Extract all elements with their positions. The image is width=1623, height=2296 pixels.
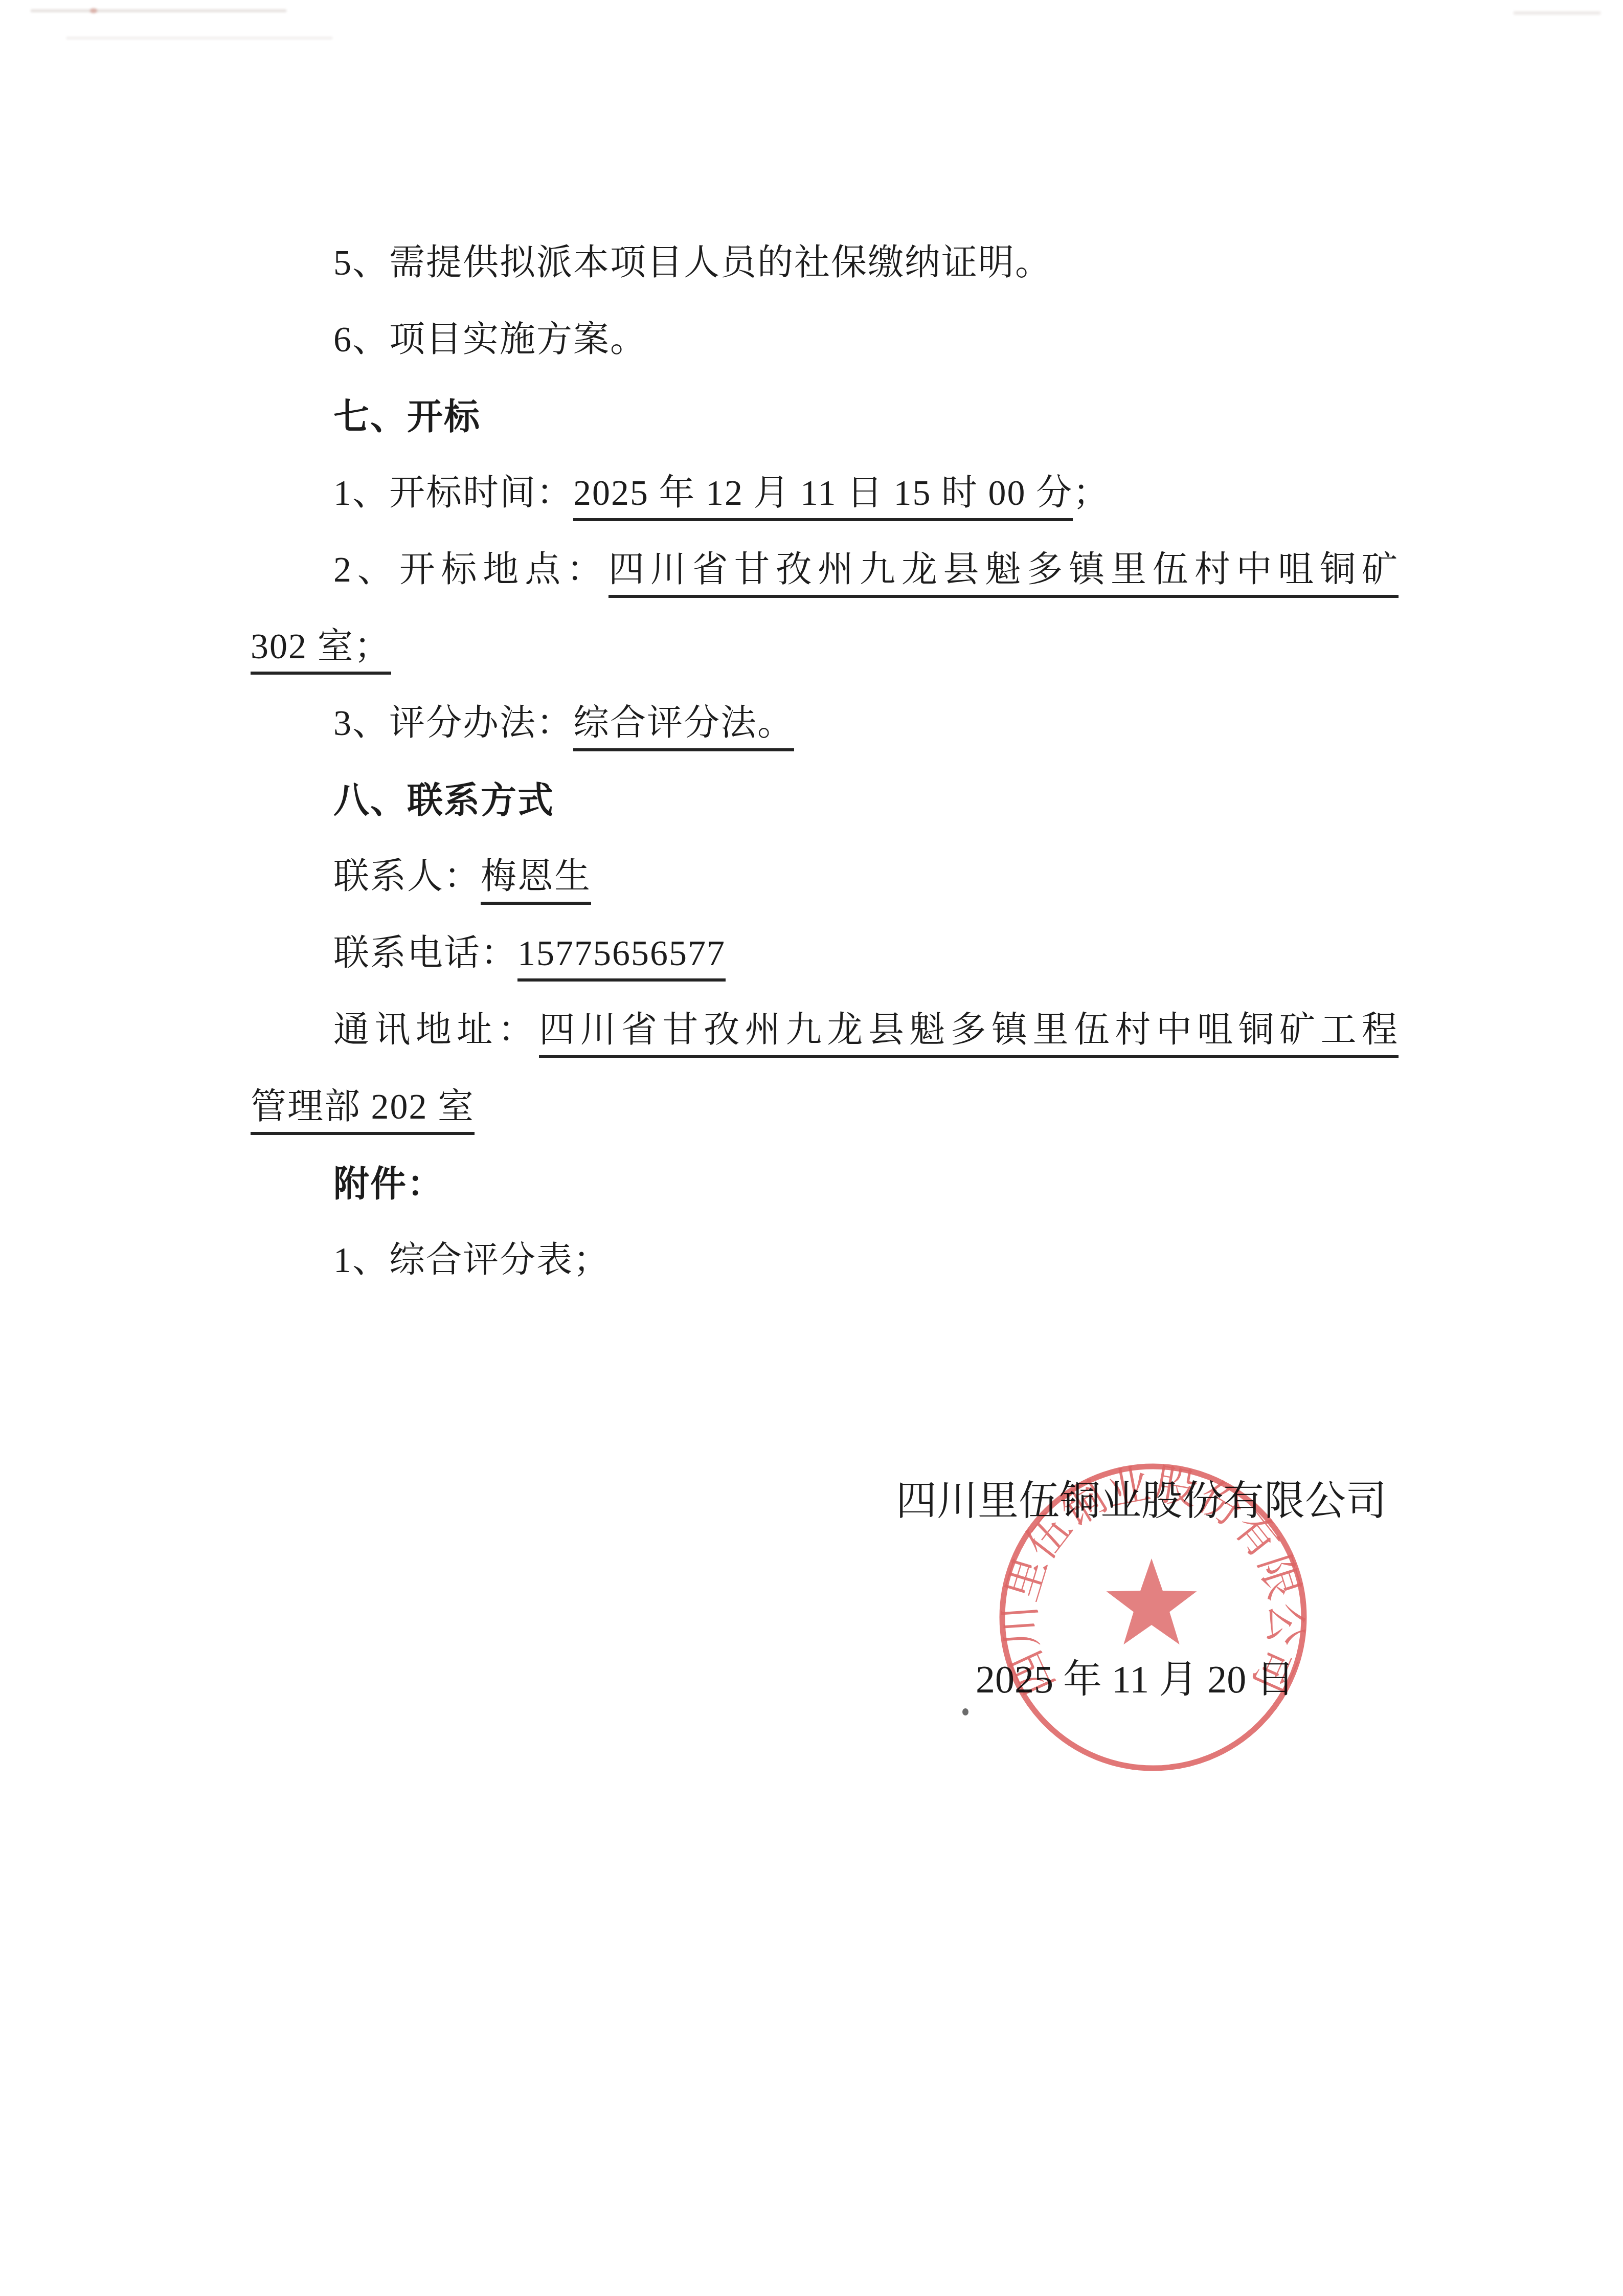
text-line: 联系人：梅恩生 [251,839,1399,916]
text-line: 6、项目实施方案。 [251,302,1399,378]
text-run: 七、开标 [333,397,481,437]
text-line: 联系电话：15775656577 [251,916,1399,992]
underlined-text: 四川省甘孜州九龙县魁多镇里伍村中咀铜矿工程 [539,1011,1399,1058]
text-line: 2、开标地点：四川省甘孜州九龙县魁多镇里伍村中咀铜矿 [251,532,1399,609]
text-run: 3、评分办法： [333,704,573,743]
text-run: 八、联系方式 [333,781,554,820]
text-run: 附件： [333,1164,444,1204]
text-run: 联系人： [333,857,481,897]
ink-dot [962,1708,968,1715]
text-run: 通讯地址： [333,1011,539,1050]
underlined-text: 梅恩生 [481,857,591,905]
underlined-text: 2025 年 12 月 11 日 15 时 00 分 [573,474,1073,521]
heading-line: 附件： [251,1146,1399,1222]
text-run: 1、开标时间： [333,474,573,513]
text-run: 2、开标地点： [333,550,608,590]
underlined-text: 四川省甘孜州九龙县魁多镇里伍村中咀铜矿 [608,550,1399,598]
underlined-text: 15775656577 [517,934,726,982]
scan-artifact [90,8,97,13]
document-body: 5、需提供拟派本项目人员的社保缴纳证明。6、项目实施方案。七、开标1、开标时间：… [251,225,1399,1299]
text-line: 1、开标时间：2025 年 12 月 11 日 15 时 00 分； [251,455,1399,532]
text-line: 通讯地址：四川省甘孜州九龙县魁多镇里伍村中咀铜矿工程 [251,992,1399,1069]
document-page: 5、需提供拟派本项目人员的社保缴纳证明。6、项目实施方案。七、开标1、开标时间：… [0,0,1623,2296]
text-line: 3、评分办法：综合评分法。 [251,685,1399,762]
text-run: 5、需提供拟派本项目人员的社保缴纳证明。 [333,243,1052,283]
star-icon [1107,1558,1197,1644]
text-line: 302 室； [251,609,1399,685]
text-line: 管理部 202 室 [251,1069,1399,1146]
scan-artifact [1514,11,1601,15]
text-line: 5、需提供拟派本项目人员的社保缴纳证明。 [251,225,1399,302]
text-run: 6、项目实施方案。 [333,320,647,360]
text-run: 联系电话： [333,934,517,973]
underlined-text: 综合评分法。 [573,704,794,751]
heading-line: 八、联系方式 [251,762,1399,839]
heading-line: 七、开标 [251,378,1399,455]
underlined-text: 管理部 202 室 [251,1087,475,1135]
underlined-text: 302 室； [251,627,391,675]
text-line: 1、综合评分表； [251,1222,1399,1299]
text-run: ； [1073,474,1110,513]
text-run: 1、综合评分表； [333,1241,610,1280]
company-seal: 四川里伍铜业股份有限公司 [979,1443,1327,1791]
scan-artifact [31,9,286,12]
scan-artifact [66,37,332,39]
